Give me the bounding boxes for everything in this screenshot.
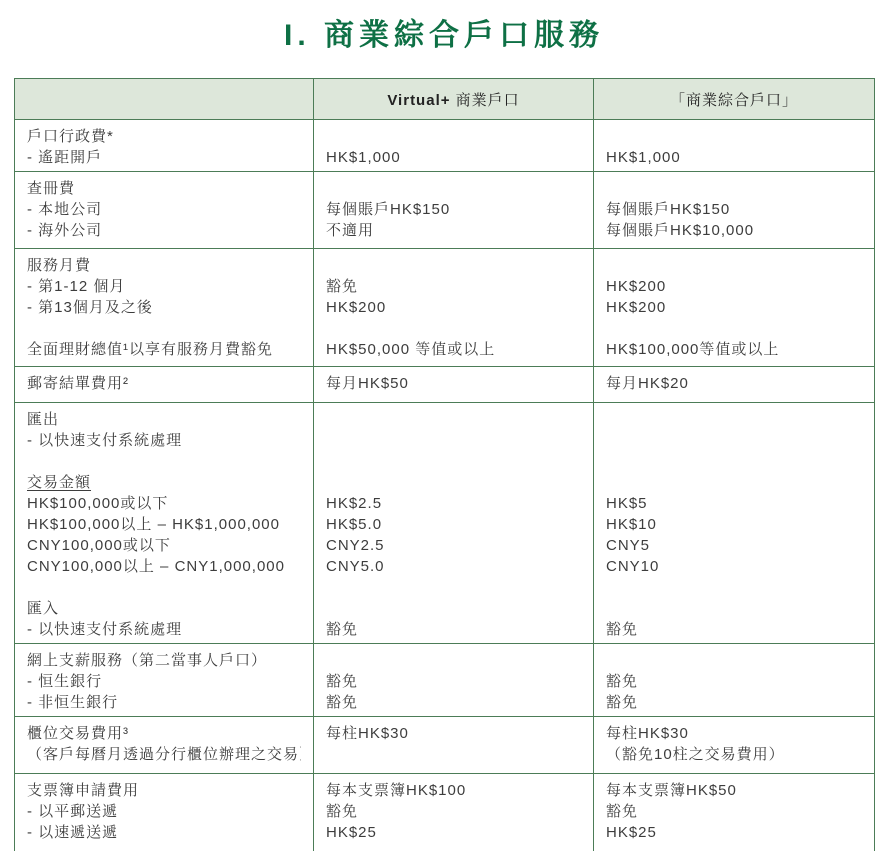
cell-line: 豁免 [606,692,862,713]
fees-table: Virtual+ 商業戶口 「商業綜合戶口」 戶口行政費* - 遙距開戶 HK$… [14,78,875,851]
cell-line: 每柱HK$30 [606,723,862,744]
cell-integrated: 每月HK$20 [594,367,875,403]
cell-service-name: 戶口行政費* - 遙距開戶 [15,120,314,172]
cell-line [606,598,862,619]
cell-line: 戶口行政費* [27,126,301,147]
table-row-autopay: 網上支薪服務（第二當事人戶口） - 恒生銀行 - 非恒生銀行 豁免 豁免 豁免 … [15,644,875,717]
cell-line: 全面理財總值¹以享有服務月費豁免 [27,339,301,360]
cell-integrated: 豁免 豁免 [594,644,875,717]
cell-line: 不適用 [326,220,581,241]
table-row-remittance: 匯出 - 以快速支付系統處理 交易金額 HK$100,000或以下 HK$100… [15,403,875,644]
table-row-admin-fee: 戶口行政費* - 遙距開戶 HK$1,000 HK$1,000 [15,120,875,172]
cell-line [606,255,862,276]
cell-line [326,126,581,147]
cell-virtual-plus: 每個賬戶HK$150 不適用 [314,172,594,249]
cell-line [606,451,862,472]
cell-line: HK$5.0 [326,514,581,535]
cell-line: HK$100,000等值或以上 [606,339,862,360]
column-header-integrated-account: 「商業綜合戶口」 [594,79,875,120]
cell-line: - 第13個月及之後 [27,297,301,318]
cell-line: 豁免 [606,619,862,640]
cell-line: HK$10 [606,514,862,535]
cell-line [606,430,862,451]
cell-line: 服務月費 [27,255,301,276]
cell-line: HK$2.5 [326,493,581,514]
cell-line: HK$25 [326,822,581,843]
cell-integrated: HK$5 HK$10 CNY5 CNY10 豁免 [594,403,875,644]
cell-line: 豁免 [326,801,581,822]
cell-line: - 以平郵送遞 [27,801,301,822]
column-header-blank [15,79,314,120]
cell-line [326,255,581,276]
cell-line: - 以快速支付系統處理 [27,619,301,640]
cell-line: 查冊費 [27,178,301,199]
table-row-monthly-fee: 服務月費 - 第1-12 個月 - 第13個月及之後 全面理財總值¹以享有服務月… [15,249,875,367]
cell-line: （客戶每曆月透過分行櫃位辦理之交易） [27,744,301,765]
cell-line: 豁免 [606,801,862,822]
cell-line-transaction-amount: 交易金額 [27,472,301,493]
cell-line: 每本支票簿HK$100 [326,780,581,801]
cell-line: 豁免 [326,619,581,640]
cell-virtual-plus: 每月HK$50 [314,367,594,403]
cell-line [326,430,581,451]
cell-line: HK$50,000 等值或以上 [326,339,581,360]
cell-line: 匯入 [27,598,301,619]
cell-line: - 恒生銀行 [27,671,301,692]
cell-line: 豁免 [326,671,581,692]
cell-service-name: 支票簿申請費用 - 以平郵送遞 - 以速遞送遞 [15,774,314,851]
cell-virtual-plus: 豁免 豁免 [314,644,594,717]
cell-line: 郵寄結單費用² [27,373,301,394]
cell-line [326,178,581,199]
cell-line: CNY10 [606,556,862,577]
cell-service-name: 網上支薪服務（第二當事人戶口） - 恒生銀行 - 非恒生銀行 [15,644,314,717]
cell-line: HK$1,000 [326,147,581,168]
cell-line [606,126,862,147]
cell-line [606,318,862,339]
cell-line [326,409,581,430]
cell-line [606,409,862,430]
cell-line: 豁免 [326,276,581,297]
cell-line [326,598,581,619]
cell-line [606,650,862,671]
cell-line: 櫃位交易費用³ [27,723,301,744]
table-row-statement-fee: 郵寄結單費用² 每月HK$50 每月HK$20 [15,367,875,403]
cell-line: CNY5 [606,535,862,556]
cell-line: CNY5.0 [326,556,581,577]
cell-line [326,577,581,598]
cell-service-name: 櫃位交易費用³ （客戶每曆月透過分行櫃位辦理之交易） [15,717,314,774]
cell-service-name: 郵寄結單費用² [15,367,314,403]
cell-line: HK$100,000或以下 [27,493,301,514]
virtual-plus-rest: 商業戶口 [451,92,520,109]
cell-line: HK$5 [606,493,862,514]
cell-line: - 遙距開戶 [27,147,301,168]
cell-line [326,472,581,493]
table-row-chequebook-fee: 支票簿申請費用 - 以平郵送遞 - 以速遞送遞 每本支票簿HK$100 豁免 H… [15,774,875,851]
cell-integrated: 每柱HK$30 （豁免10柱之交易費用） [594,717,875,774]
cell-service-name: 匯出 - 以快速支付系統處理 交易金額 HK$100,000或以下 HK$100… [15,403,314,644]
cell-line: HK$200 [606,276,862,297]
cell-line: CNY2.5 [326,535,581,556]
cell-line: - 本地公司 [27,199,301,220]
cell-line [326,318,581,339]
cell-virtual-plus: 豁免 HK$200 HK$50,000 等值或以上 [314,249,594,367]
cell-line: CNY100,000或以下 [27,535,301,556]
cell-line: 每個賬戶HK$150 [326,199,581,220]
cell-virtual-plus: 每本支票簿HK$100 豁免 HK$25 [314,774,594,851]
cell-virtual-plus: 每柱HK$30 [314,717,594,774]
cell-line [326,650,581,671]
cell-line: 每個賬戶HK$10,000 [606,220,862,241]
cell-line: HK$200 [606,297,862,318]
cell-line [27,318,301,339]
cell-service-name: 服務月費 - 第1-12 個月 - 第13個月及之後 全面理財總值¹以享有服務月… [15,249,314,367]
cell-line: （豁免10柱之交易費用） [606,744,862,765]
cell-line [606,472,862,493]
header-row: Virtual+ 商業戶口 「商業綜合戶口」 [15,79,875,120]
cell-line: - 以快速支付系統處理 [27,430,301,451]
cell-line: HK$25 [606,822,862,843]
cell-line: 每柱HK$30 [326,723,581,744]
table-row-counter-fee: 櫃位交易費用³ （客戶每曆月透過分行櫃位辦理之交易） 每柱HK$30 每柱HK$… [15,717,875,774]
cell-line [27,577,301,598]
cell-line [326,451,581,472]
cell-line: 匯出 [27,409,301,430]
cell-line: - 非恒生銀行 [27,692,301,713]
cell-line: - 海外公司 [27,220,301,241]
cell-line: HK$1,000 [606,147,862,168]
page-title: I. 商業綜合戶口服務 [0,17,888,54]
column-header-virtual-plus: Virtual+ 商業戶口 [314,79,594,120]
cell-integrated: HK$1,000 [594,120,875,172]
cell-virtual-plus: HK$1,000 [314,120,594,172]
cell-line: - 以速遞送遞 [27,822,301,843]
cell-line: 每月HK$20 [606,373,862,394]
table-row-search-fee: 查冊費 - 本地公司 - 海外公司 每個賬戶HK$150 不適用 每個賬戶HK$… [15,172,875,249]
cell-integrated: 每個賬戶HK$150 每個賬戶HK$10,000 [594,172,875,249]
cell-line: 每本支票簿HK$50 [606,780,862,801]
cell-line: - 第1-12 個月 [27,276,301,297]
cell-line [27,451,301,472]
cell-line: HK$200 [326,297,581,318]
cell-line: 豁免 [606,671,862,692]
cell-line: 網上支薪服務（第二當事人戶口） [27,650,301,671]
cell-line: 豁免 [326,692,581,713]
cell-line: CNY100,000以上 – CNY1,000,000 [27,556,301,577]
cell-line: 每月HK$50 [326,373,581,394]
cell-line [606,178,862,199]
cell-line: HK$100,000以上 – HK$1,000,000 [27,514,301,535]
cell-line: 每個賬戶HK$150 [606,199,862,220]
cell-line: 支票簿申請費用 [27,780,301,801]
virtual-plus-brand: Virtual+ [387,92,450,109]
cell-line [606,577,862,598]
cell-virtual-plus: HK$2.5 HK$5.0 CNY2.5 CNY5.0 豁免 [314,403,594,644]
cell-service-name: 查冊費 - 本地公司 - 海外公司 [15,172,314,249]
cell-integrated: HK$200 HK$200 HK$100,000等值或以上 [594,249,875,367]
cell-integrated: 每本支票簿HK$50 豁免 HK$25 [594,774,875,851]
